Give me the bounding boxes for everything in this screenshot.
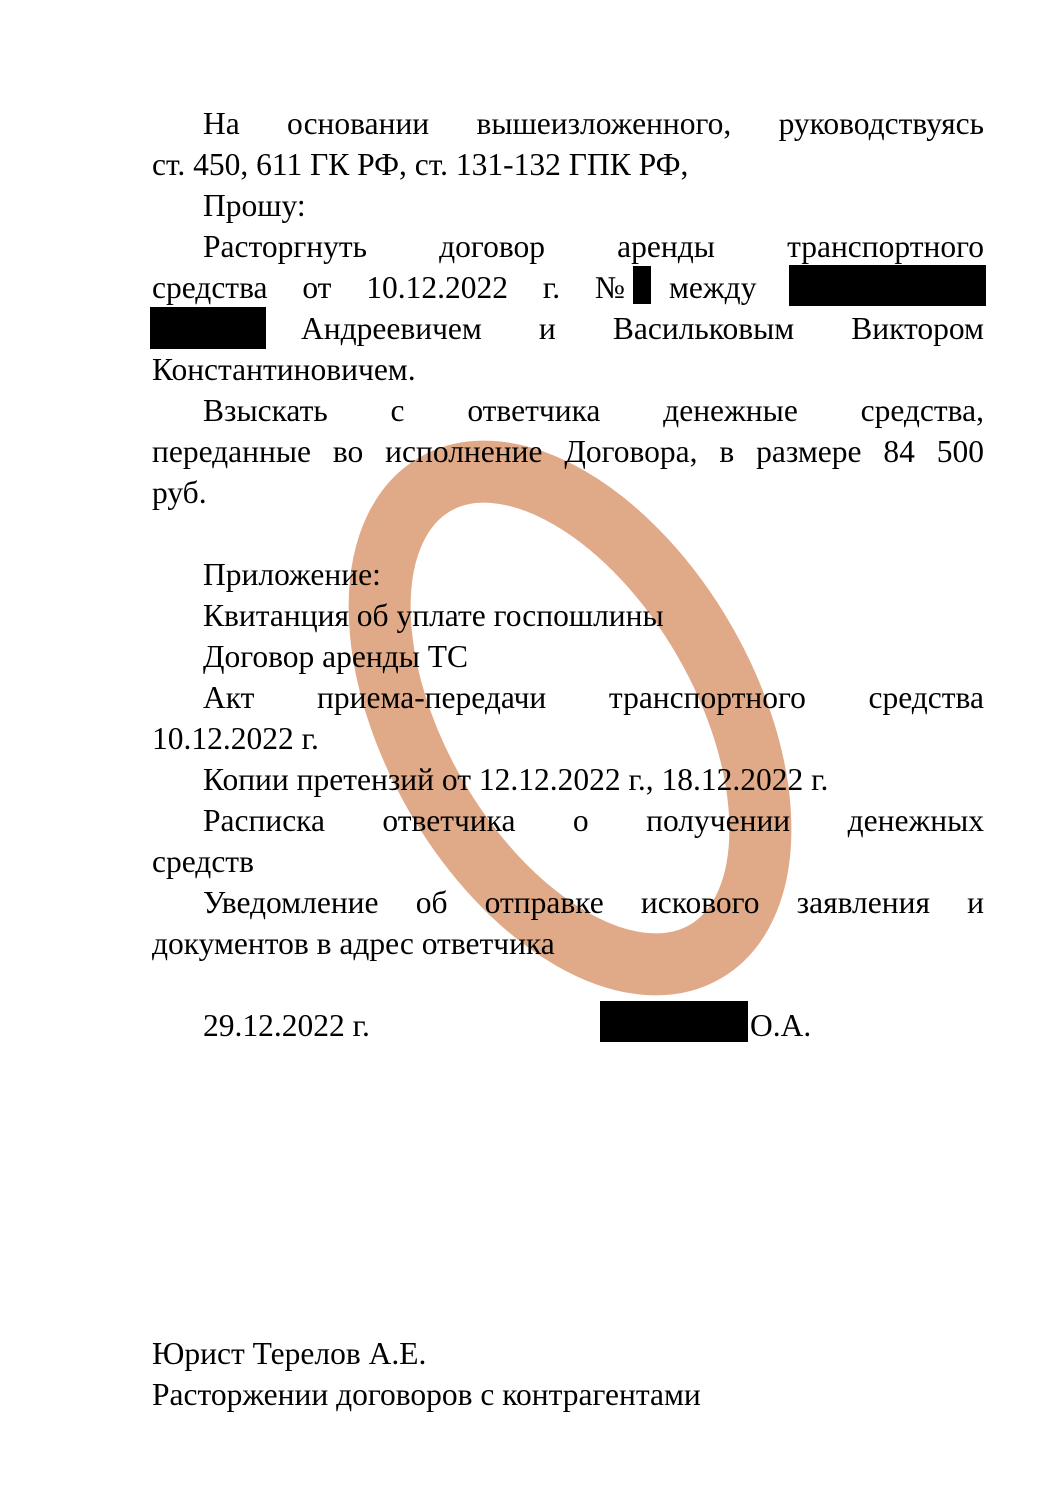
attachment-item-2: Договор аренды ТС (203, 636, 468, 677)
request-1-line-3: Андреевичем и Васильковым Виктором (301, 308, 984, 349)
request-2-line-2: переданные во исполнение Договора, в раз… (152, 431, 984, 472)
request-1-line-2-prefix: средства от 10.12.2022 г. № (152, 267, 625, 308)
intro-line-1: На основании вышеизложенного, руководств… (203, 103, 984, 144)
attachment-item-3-line-1: Акт приема-передачи транспортного средст… (203, 677, 984, 718)
request-2-line-1: Взыскать с ответчика денежные средства, (203, 390, 984, 431)
intro-line-2: ст. 450, 611 ГК РФ, ст. 131-132 ГПК РФ, (152, 144, 688, 185)
signature-date: 29.12.2022 г. (203, 1005, 370, 1046)
footer-author: Юрист Терелов А.Е. (152, 1333, 426, 1374)
request-1-between: между (669, 267, 756, 308)
attachment-item-3-line-2: 10.12.2022 г. (152, 718, 319, 759)
attachment-item-6-line-2: документов в адрес ответчика (152, 923, 555, 964)
attachment-item-5-line-2: средств (152, 841, 254, 882)
attachment-item-1: Квитанция об уплате госпошлины (203, 595, 664, 636)
redaction-lessor-name (150, 307, 266, 349)
request-2-line-3: руб. (152, 472, 207, 513)
attachment-item-6-line-1: Уведомление об отправке искового заявлен… (203, 882, 984, 923)
attachment-item-4: Копии претензий от 12.12.2022 г., 18.12.… (203, 759, 828, 800)
footer-department: Расторжении договоров с контрагентами (152, 1374, 701, 1415)
redaction-lessor-surname (789, 265, 986, 306)
request-1-line-1: Расторгнуть договор аренды транспортного (203, 226, 984, 267)
attachments-heading: Приложение: (203, 554, 381, 595)
redaction-contract-number (633, 266, 651, 304)
request-heading: Прошу: (203, 185, 306, 226)
signature-initials: О.А. (750, 1005, 811, 1046)
request-1-line-4: Константиновичем. (152, 349, 416, 390)
attachment-item-5-line-1: Расписка ответчика о получении денежных (203, 800, 984, 841)
redaction-signature-surname (600, 1001, 748, 1042)
document-page: На основании вышеизложенного, руководств… (0, 0, 1061, 1500)
